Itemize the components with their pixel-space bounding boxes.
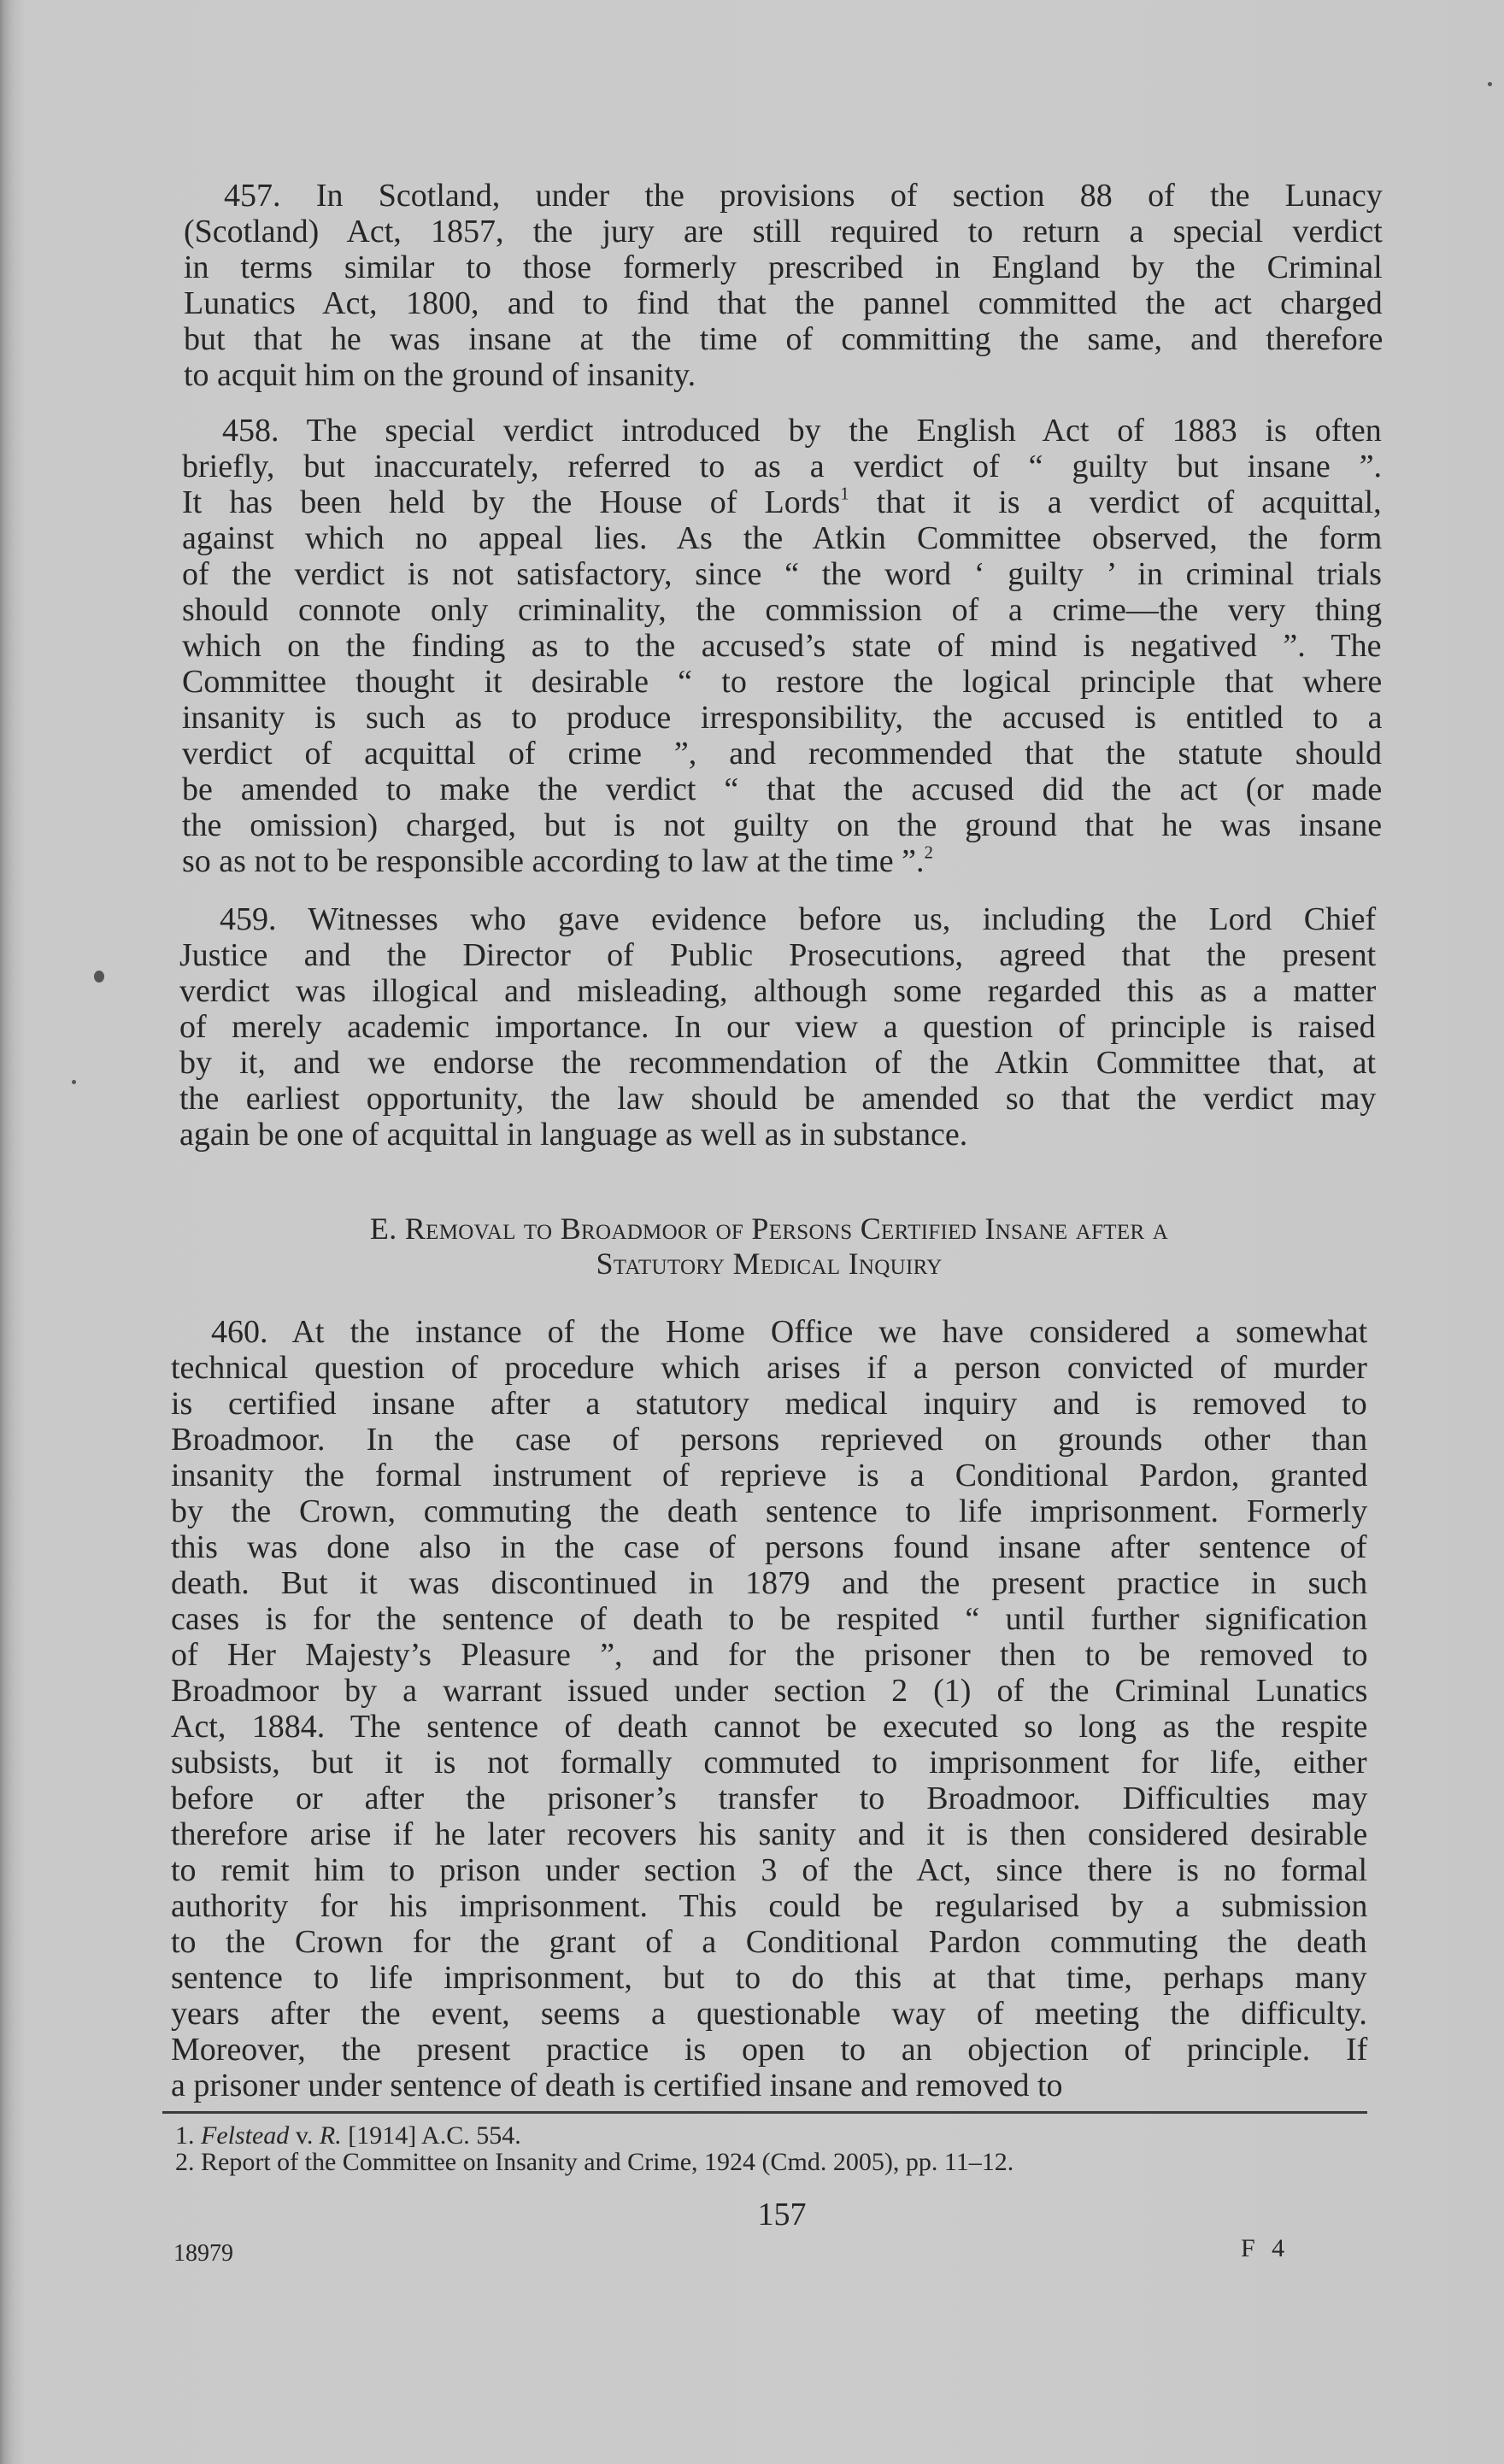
text-line: by the Crown, commuting the death senten… bbox=[171, 1493, 1367, 1529]
text-line: be amended to make the verdict “ that th… bbox=[182, 771, 1382, 807]
text-line: again be one of acquittal in language as… bbox=[179, 1117, 967, 1153]
text-line: which on the finding as to the accused’s… bbox=[182, 628, 1382, 664]
footnote-rule bbox=[162, 2111, 1367, 2114]
text-line: verdict was illogical and misleading, al… bbox=[179, 973, 1376, 1009]
text-line: in terms similar to those formerly presc… bbox=[184, 249, 1383, 285]
text-line: Lunatics Act, 1800, and to find that the… bbox=[184, 285, 1383, 321]
text-line: of the verdict is not satisfactory, sinc… bbox=[182, 556, 1382, 592]
signature-mark: F 4 bbox=[1241, 2234, 1290, 2263]
footnote-1: 1. Felstead v. R. [1914] A.C. 554. bbox=[175, 2122, 1372, 2149]
text-line: against which no appeal lies. As the Atk… bbox=[182, 520, 1382, 556]
text-line: this was done also in the case of person… bbox=[171, 1529, 1367, 1565]
text-line: technical question of procedure which ar… bbox=[171, 1350, 1367, 1386]
footnotes: 1. Felstead v. R. [1914] A.C. 554. 2. Re… bbox=[175, 2122, 1372, 2175]
text-line: authority for his imprisonment. This cou… bbox=[171, 1888, 1367, 1924]
print-code: 18979 bbox=[173, 2240, 233, 2267]
text-line: cases is for the sentence of death to be… bbox=[171, 1601, 1367, 1637]
text-line: by it, and we endorse the recommendation… bbox=[179, 1045, 1376, 1081]
text-line: to the Crown for the grant of a Conditio… bbox=[171, 1924, 1367, 1960]
text-line: to acquit him on the ground of insanity. bbox=[184, 357, 696, 393]
text-line: Broadmoor. In the case of persons reprie… bbox=[171, 1422, 1367, 1458]
text-line: Moreover, the present practice is open t… bbox=[171, 2032, 1367, 2068]
footnote-text: Report of the Committee on Insanity and … bbox=[201, 2148, 1013, 2176]
text-line: 460. At the instance of the Home Office … bbox=[211, 1314, 1367, 1350]
text-line: Justice and the Director of Public Prose… bbox=[179, 937, 1376, 973]
text-line: years after the event, seems a questiona… bbox=[171, 1996, 1367, 2032]
scanned-page: 457. In Scotland, under the provisions o… bbox=[0, 0, 1504, 2464]
text-line: Act, 1884. The sentence of death cannot … bbox=[171, 1709, 1367, 1745]
text-line: of merely academic importance. In our vi… bbox=[179, 1009, 1376, 1045]
footnote-reference: 2 bbox=[925, 842, 933, 862]
text-line: (Scotland) Act, 1857, the jury are still… bbox=[184, 214, 1383, 249]
ink-speck bbox=[1488, 82, 1492, 86]
footnote-2: 2. Report of the Committee on Insanity a… bbox=[175, 2149, 1372, 2175]
text-line: verdict of acquittal of crime ”, and rec… bbox=[182, 736, 1382, 771]
footnote-text: v. bbox=[289, 2121, 320, 2150]
text-line: Committee thought it desirable “ to rest… bbox=[182, 664, 1382, 700]
footnote-case-party: R. bbox=[320, 2121, 342, 2150]
text-line: 458. The special verdict introduced by t… bbox=[222, 413, 1382, 449]
footnote-marker: 1. bbox=[175, 2121, 195, 2150]
text-line: 459. Witnesses who gave evidence before … bbox=[220, 901, 1376, 937]
ink-speck bbox=[94, 971, 104, 983]
text-line: before or after the prisoner’s transfer … bbox=[171, 1781, 1367, 1816]
text-line: insanity is such as to produce irrespons… bbox=[182, 700, 1382, 736]
ink-speck bbox=[72, 1080, 76, 1084]
text-line: It has been held by the House of Lords1 … bbox=[182, 484, 1382, 520]
text-line: 457. In Scotland, under the provisions o… bbox=[224, 178, 1383, 214]
text-line: to remit him to prison under section 3 o… bbox=[171, 1852, 1367, 1888]
section-heading-line-1: E. Removal to Broadmoor of Persons Certi… bbox=[171, 1211, 1367, 1247]
section-heading-line-2: Statutory Medical Inquiry bbox=[171, 1247, 1367, 1282]
text-line: should connote only criminality, the com… bbox=[182, 592, 1382, 628]
text-line: of Her Majesty’s Pleasure ”, and for the… bbox=[171, 1637, 1367, 1673]
footnote-marker: 2. bbox=[175, 2148, 195, 2176]
text-line: therefore arise if he later recovers his… bbox=[171, 1816, 1367, 1852]
text-line: the omission) charged, but is not guilty… bbox=[182, 807, 1382, 843]
text-line: insanity the formal instrument of reprie… bbox=[171, 1458, 1367, 1493]
text-line: so as not to be responsible according to… bbox=[182, 843, 933, 879]
footnote-reference: 1 bbox=[840, 483, 849, 503]
footnote-citation: [1914] A.C. 554. bbox=[342, 2121, 521, 2150]
text-line: subsists, but it is not formally commute… bbox=[171, 1745, 1367, 1781]
text-line: sentence to life imprisonment, but to do… bbox=[171, 1960, 1367, 1996]
text-line: is certified insane after a statutory me… bbox=[171, 1386, 1367, 1422]
page-number: 157 bbox=[0, 2196, 1504, 2233]
text-line: briefly, but inaccurately, referred to a… bbox=[182, 449, 1382, 484]
text-line: a prisoner under sentence of death is ce… bbox=[171, 2068, 1063, 2103]
text-line: death. But it was discontinued in 1879 a… bbox=[171, 1565, 1367, 1601]
text-line: but that he was insane at the time of co… bbox=[184, 321, 1383, 357]
text-line: Broadmoor by a warrant issued under sect… bbox=[171, 1673, 1367, 1709]
section-heading: E. Removal to Broadmoor of Persons Certi… bbox=[171, 1211, 1367, 1282]
footnote-case-name: Felstead bbox=[201, 2121, 289, 2150]
text-line: the earliest opportunity, the law should… bbox=[179, 1081, 1376, 1117]
